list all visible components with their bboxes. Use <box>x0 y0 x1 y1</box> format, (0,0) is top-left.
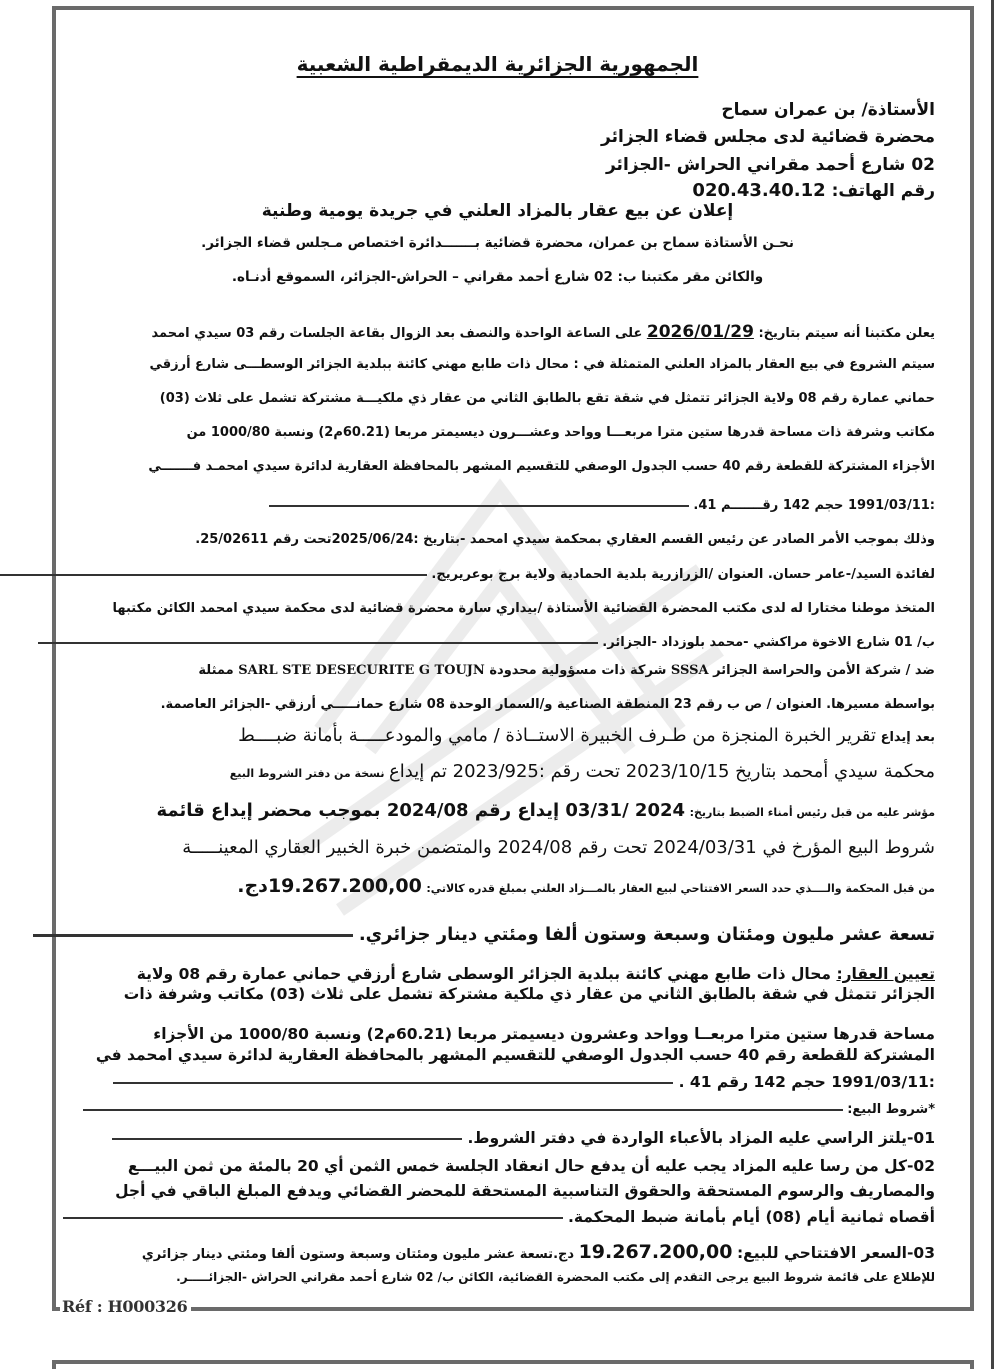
auction-date: 2026/01/29 <box>647 322 754 342</box>
fill-line <box>63 1217 563 1219</box>
opening-price: 19.267.200,00دج. <box>237 875 422 897</box>
paragraph-line: بواسطة مسيرها. العنوان / ص ب رقم 23 المن… <box>60 695 935 715</box>
paragraph-line: ضد / شركة الأمن والحراسة الجزائر SSSA شر… <box>60 661 935 681</box>
paragraph-line: بعد إيداع تقرير الخبرة المنجزة من طـرف ا… <box>60 726 935 748</box>
fill-line <box>0 574 427 576</box>
phone-label: رقم الهاتف: <box>832 181 935 201</box>
paragraph-line: من قبل المحكمة والــــذي حدد السعر الافت… <box>60 876 935 899</box>
fill-line <box>33 934 353 937</box>
bailiff-address: 02 شارع أحمد مقراني الحراش -الجزائر <box>606 152 935 179</box>
company-name: SARL STE DESECURITE G TOUJN <box>238 663 485 678</box>
paragraph-line: لفائدة السيد/-عامر حسان. العنوان /الزراز… <box>60 565 935 585</box>
paragraph-line: ب/ 01 شارع الاخوة مراكشي -محمد بلوزداد -… <box>60 633 935 653</box>
paragraph-line: سيتم الشروع في بيع العقار بالمزاد العلني… <box>60 355 935 375</box>
fill-line <box>269 505 689 507</box>
phone-number: 020.43.40.12 <box>692 180 825 201</box>
opening-price-2: 19.267.200,00 <box>579 1241 733 1263</box>
paragraph-line: الأجزاء المشتركة للقطعة رقم 40 حسب الجدو… <box>60 457 935 477</box>
amount-in-words: تسعة عشر مليون ومئتان وسبعة وستون ألفا و… <box>33 924 935 945</box>
footer-note: للإطلاع على قائمة شروط البيع يرجى التقدم… <box>176 1270 935 1284</box>
page-edge <box>991 0 994 1369</box>
property-line: مساحة قدرها ستين مترا مربعــا وواحد وعشر… <box>60 1024 935 1044</box>
intro-line-1: نحـن الأستاذة سماح بن عمران، محضرة قضائي… <box>60 235 935 251</box>
condition-item: 01-يلتز الراسي عليه المزاد بالأعباء الوا… <box>60 1128 935 1148</box>
property-line: الجزائر تتمثل في شقة بالطابق الثاني من ع… <box>60 984 935 1004</box>
paragraph-line: حماني عمارة رقم 08 ولاية الجزائر تتمثل ف… <box>60 389 935 409</box>
condition-item: 02-كل من رسا عليه المزاد يجب عليه أن يدف… <box>60 1156 935 1176</box>
document-title: الجمهورية الجزائرية الديمقراطية الشعبية <box>60 52 935 76</box>
property-line: المشتركة للقطعة رقم 40 حسب الجدول الوصفي… <box>60 1045 935 1065</box>
paragraph-line: محكمة سيدي أمحمد بتاريخ 2023/10/15 تحت ر… <box>60 762 935 784</box>
paragraph-line: يعلن مكتبنا أنه سيتم بتاريخ: 2026/01/29 … <box>60 322 935 344</box>
condition-item: والمصاريف والرسوم المستحقة والحقوق التنا… <box>60 1181 935 1201</box>
paragraph-line: :1991/03/11 حجم 142 رقـــــــم 41. <box>60 496 935 516</box>
paragraph-line: مؤشر عليه من قبل رئيس أمناء الضبط بتاريخ… <box>60 801 935 823</box>
intro-line-2: والكائن مقر مكتبنا ب: 02 شارع أحمد مقران… <box>60 269 935 285</box>
fill-line <box>83 1109 843 1111</box>
bailiff-name: الأستاذة/ بن عمران سماح <box>721 97 935 124</box>
paragraph-line: مكاتب وشرفة ذات مساحة قدرها ستين مترا مر… <box>60 423 935 443</box>
reference-number: Réf : H000326 <box>60 1297 191 1316</box>
paragraph-line: وذلك بموجب الأمر الصادر عن رئيس القسم ال… <box>60 530 935 550</box>
fill-line <box>38 642 598 644</box>
company-abbr: SSSA <box>671 663 709 678</box>
property-line: تعيين العقار: محال ذات طابع مهني كائنة ب… <box>60 964 935 984</box>
property-line: :1991/03/11 حجم 142 رقم 41 . <box>60 1072 935 1092</box>
fill-line <box>112 1138 462 1140</box>
notice-subtitle: إعلان عن بيع عقار بالمزاد العلني في جريد… <box>60 201 935 221</box>
next-notice-frame <box>52 1360 974 1369</box>
condition-item: أقصاه ثمانية أيام (08) أيام بأمانة ضبط ا… <box>60 1207 935 1227</box>
paragraph-line: شروط البيع المؤرخ في 2024/03/31 تحت رقم … <box>60 838 935 860</box>
bailiff-office: محضرة قضائية لدى مجلس قضاء الجزائر <box>601 124 935 151</box>
conditions-heading: *شروط البيع: <box>60 1100 935 1120</box>
condition-price: 03-السعر الافتتاحي للبيع: 19.267.200,00 … <box>60 1242 935 1265</box>
fill-line <box>113 1082 673 1084</box>
paragraph-line: المتخذ موطنا مختارا له لدى مكتب المحضرة … <box>60 599 935 619</box>
property-label: تعيين العقار: <box>836 965 935 983</box>
